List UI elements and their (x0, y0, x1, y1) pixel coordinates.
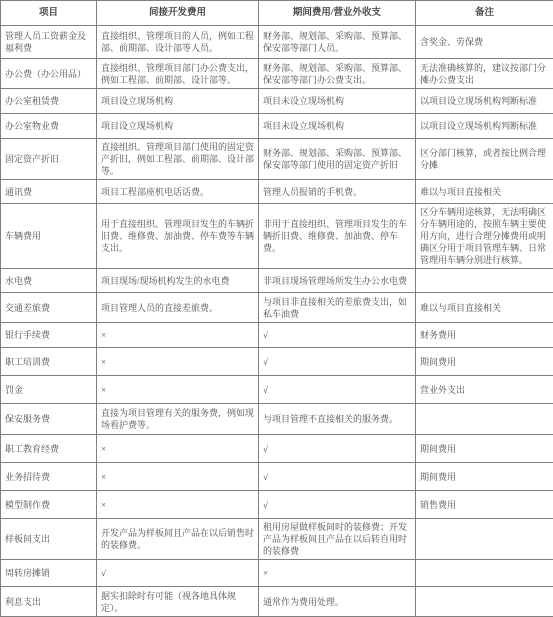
cell-indirect-dev-cost: 据实扣除时有可能（视各地具体规定）。 (97, 587, 259, 617)
cell-item: 职工教育经费 (1, 435, 97, 463)
cell-period-cost: √ (259, 376, 416, 404)
table-row: 管理人员工资薪金及福利费直接组织、管理项目的人员，例如工程部、前期部、设计部等人… (1, 26, 553, 59)
cell-item: 办公室租赁费 (1, 89, 97, 114)
cell-period-cost: 财务部、规划部、采购部、预算部、保安部等部门使用的固定资产折旧 (259, 139, 416, 180)
column-header-note: 备注 (416, 1, 553, 26)
cell-item: 样板间支出 (1, 519, 97, 560)
cell-item: 业务招待费 (1, 463, 97, 491)
cell-note (416, 404, 553, 435)
cell-indirect-dev-cost: × (97, 435, 259, 463)
column-header-indirect-dev-cost: 间接开发费用 (97, 1, 259, 26)
table-row: 周转房摊销√× (1, 560, 553, 587)
cell-period-cost: 通常作为费用处理。 (259, 587, 416, 617)
cost-classification-table: 项目 间接开发费用 期间费用/营业外收支 备注 管理人员工资薪金及福利费直接组织… (0, 0, 553, 617)
cell-period-cost: √ (259, 348, 416, 376)
cell-period-cost: 项目未设立现场机构 (259, 114, 416, 139)
cell-note: 财务费用 (416, 323, 553, 348)
cell-item: 固定资产折旧 (1, 139, 97, 180)
cell-item: 利息支出 (1, 587, 97, 617)
cell-period-cost: 租用房屋做样板间时的装修费；开发产品为样板间且产品在以后转自用时的装修费 (259, 519, 416, 560)
header-row: 项目 间接开发费用 期间费用/营业外收支 备注 (1, 1, 553, 26)
cell-period-cost: × (259, 560, 416, 587)
cell-period-cost: √ (259, 323, 416, 348)
cell-indirect-dev-cost: 直接为项目管理有关的服务费，例如现场看护费等。 (97, 404, 259, 435)
cell-item: 罚金 (1, 376, 97, 404)
cell-period-cost: √ (259, 491, 416, 519)
cell-period-cost: 非项目现场管理场所发生办公水电费 (259, 269, 416, 293)
cell-item: 办公费（办公用品） (1, 59, 97, 89)
cell-note (416, 269, 553, 293)
table-row: 固定资产折旧直接组织、管理项目部门使用的固定资产折旧，例如工程部、前期部、设计部… (1, 139, 553, 180)
cell-period-cost: 与项目非直接相关的差旅费支出，如私车油费 (259, 293, 416, 323)
cell-item: 职工培训费 (1, 348, 97, 376)
column-header-period-cost: 期间费用/营业外收支 (259, 1, 416, 26)
cell-item: 保安服务费 (1, 404, 97, 435)
cell-item: 交通差旅费 (1, 293, 97, 323)
cell-note: 销售费用 (416, 491, 553, 519)
cell-item: 车辆费用 (1, 204, 97, 269)
cell-note: 区分部门核算，或者按比例合理分摊 (416, 139, 553, 180)
table-row: 利息支出据实扣除时有可能（视各地具体规定）。通常作为费用处理。 (1, 587, 553, 617)
table-row: 银行手续费×√财务费用 (1, 323, 553, 348)
table-row: 保安服务费直接为项目管理有关的服务费，例如现场看护费等。与项目管理不直接相关的服… (1, 404, 553, 435)
cell-item: 水电费 (1, 269, 97, 293)
cell-period-cost: √ (259, 435, 416, 463)
cell-period-cost: √ (259, 463, 416, 491)
cell-indirect-dev-cost: × (97, 491, 259, 519)
cell-item: 模型制作费 (1, 491, 97, 519)
cell-note: 期间费用 (416, 463, 553, 491)
cell-indirect-dev-cost: × (97, 323, 259, 348)
cell-indirect-dev-cost: 直接组织、管理项目的人员，例如工程部、前期部、设计部等人员。 (97, 26, 259, 59)
cell-period-cost: 财务部、规划部、采购部、预算部、保安部等部门人员。 (259, 26, 416, 59)
cell-note: 营业外支出 (416, 376, 553, 404)
cell-period-cost: 与项目管理不直接相关的服务费。 (259, 404, 416, 435)
cell-note: 以项目设立现场机构判断标准 (416, 114, 553, 139)
cell-note (416, 519, 553, 560)
cell-note: 含奖金、劳保费 (416, 26, 553, 59)
cell-indirect-dev-cost: 直接组织、管理项目部门使用的固定资产折旧，例如工程部、前期部、设计部等。 (97, 139, 259, 180)
cell-indirect-dev-cost: 项目工程部座机电话话费。 (97, 180, 259, 204)
cell-note (416, 560, 553, 587)
cell-item: 办公室物业费 (1, 114, 97, 139)
cell-item: 通讯费 (1, 180, 97, 204)
cell-note: 无法准确核算的，建议按部门分摊办公费支出 (416, 59, 553, 89)
cell-period-cost: 财务部、规划部、采购部、预算部、保安部等部门办公费支出。 (259, 59, 416, 89)
table-row: 样板间支出开发产品为样板间且产品在以后销售时的装修费。租用房屋做样板间时的装修费… (1, 519, 553, 560)
cell-note: 期间费用 (416, 435, 553, 463)
table-row: 通讯费项目工程部座机电话话费。管理人员报销的手机费。难以与项目直接相关 (1, 180, 553, 204)
table-row: 罚金×√营业外支出 (1, 376, 553, 404)
cell-indirect-dev-cost: × (97, 348, 259, 376)
cell-indirect-dev-cost: 项目现场/现场机构发生的水电费 (97, 269, 259, 293)
table-row: 水电费项目现场/现场机构发生的水电费非项目现场管理场所发生办公水电费 (1, 269, 553, 293)
cell-item: 管理人员工资薪金及福利费 (1, 26, 97, 59)
cell-indirect-dev-cost: 直接组织、管理项目部门办公费支出，例如工程部、前期部、设计部等。 (97, 59, 259, 89)
table-row: 职工教育经费×√期间费用 (1, 435, 553, 463)
table-row: 车辆费用用于直接组织、管理项目发生的车辆折旧费、维修费、加油费、停车费等车辆支出… (1, 204, 553, 269)
table-row: 办公费（办公用品）直接组织、管理项目部门办公费支出，例如工程部、前期部、设计部等… (1, 59, 553, 89)
cell-period-cost: 项目未设立现场机构 (259, 89, 416, 114)
cell-note: 区分车辆用途核算，无法明确区分车辆用途的，按照车辆主要使用方向，进行合理分摊费用… (416, 204, 553, 269)
table-row: 办公室租赁费项目设立现场机构项目未设立现场机构以项目设立现场机构判断标准 (1, 89, 553, 114)
cell-item: 银行手续费 (1, 323, 97, 348)
cell-indirect-dev-cost: 项目设立现场机构 (97, 89, 259, 114)
cell-period-cost: 非用于直接组织、管理项目发生的车辆折旧费、维修费、加油费、停车费。 (259, 204, 416, 269)
cell-note: 以项目设立现场机构判断标准 (416, 89, 553, 114)
cell-indirect-dev-cost: 项目管理人员的直接差旅费。 (97, 293, 259, 323)
cell-indirect-dev-cost: × (97, 376, 259, 404)
table-body: 管理人员工资薪金及福利费直接组织、管理项目的人员，例如工程部、前期部、设计部等人… (1, 26, 553, 617)
cell-note: 难以与项目直接相关 (416, 180, 553, 204)
cell-note: 难以与项目直接相关 (416, 293, 553, 323)
table-row: 业务招待费×√期间费用 (1, 463, 553, 491)
cell-indirect-dev-cost: 项目设立现场机构 (97, 114, 259, 139)
cell-item: 周转房摊销 (1, 560, 97, 587)
cell-indirect-dev-cost: √ (97, 560, 259, 587)
table-row: 交通差旅费项目管理人员的直接差旅费。与项目非直接相关的差旅费支出，如私车油费难以… (1, 293, 553, 323)
table-row: 模型制作费×√销售费用 (1, 491, 553, 519)
column-header-item: 项目 (1, 1, 97, 26)
cell-indirect-dev-cost: × (97, 463, 259, 491)
cell-note: 期间费用 (416, 348, 553, 376)
cell-period-cost: 管理人员报销的手机费。 (259, 180, 416, 204)
cell-indirect-dev-cost: 用于直接组织、管理项目发生的车辆折旧费、维修费、加油费、停车费等车辆支出。 (97, 204, 259, 269)
table-row: 职工培训费×√期间费用 (1, 348, 553, 376)
cell-indirect-dev-cost: 开发产品为样板间且产品在以后销售时的装修费。 (97, 519, 259, 560)
cell-note (416, 587, 553, 617)
table-row: 办公室物业费项目设立现场机构项目未设立现场机构以项目设立现场机构判断标准 (1, 114, 553, 139)
